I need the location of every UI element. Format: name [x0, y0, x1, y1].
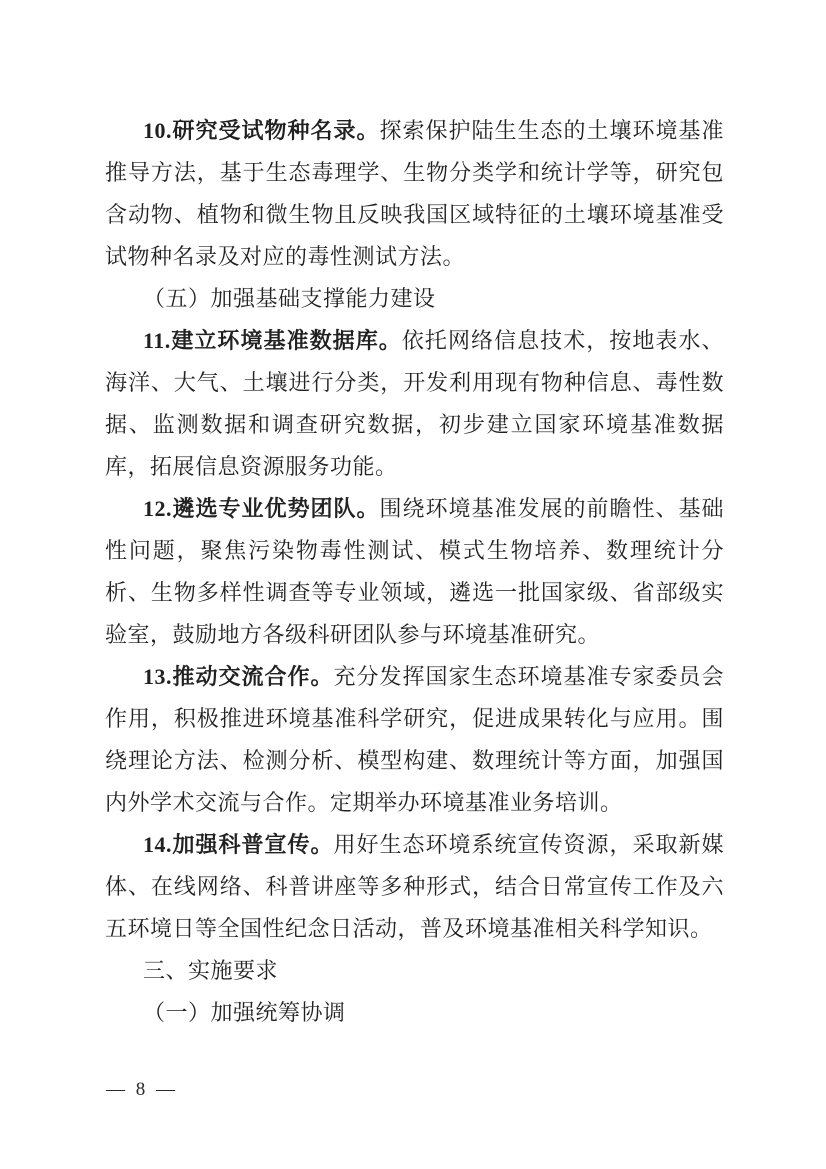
paragraph-11-lead: 11.建立环境基准数据库。: [143, 328, 402, 353]
page-number: — 8 —: [106, 1079, 178, 1101]
paragraph-13: 13.推动交流合作。充分发挥国家生态环境基准专家委员会作用，积极推进环境基准科学…: [105, 656, 724, 824]
paragraph-14-lead: 14.加强科普宣传。: [143, 832, 334, 857]
document-body: 10.研究受试物种名录。探索保护陆生生态的土壤环境基准推导方法，基于生态毒理学、…: [105, 110, 724, 1034]
paragraph-14: 14.加强科普宣传。用好生态环境系统宣传资源，采取新媒体、在线网络、科普讲座等多…: [105, 824, 724, 950]
paragraph-13-lead: 13.推动交流合作。: [143, 664, 334, 689]
paragraph-12-lead: 12.遴选专业优势团队。: [143, 496, 380, 521]
paragraph-10: 10.研究受试物种名录。探索保护陆生生态的土壤环境基准推导方法，基于生态毒理学、…: [105, 110, 724, 278]
paragraph-11: 11.建立环境基准数据库。依托网络信息技术，按地表水、海洋、大气、土壤进行分类，…: [105, 320, 724, 488]
paragraph-12: 12.遴选专业优势团队。围绕环境基准发展的前瞻性、基础性问题，聚焦污染物毒性测试…: [105, 488, 724, 656]
heading-part-3: 三、实施要求: [105, 950, 724, 992]
document-page: 10.研究受试物种名录。探索保护陆生生态的土壤环境基准推导方法，基于生态毒理学、…: [0, 0, 826, 1169]
heading-section-5: （五）加强基础支撑能力建设: [105, 278, 724, 320]
heading-section-3-1: （一）加强统筹协调: [105, 992, 724, 1034]
paragraph-10-lead: 10.研究受试物种名录。: [143, 118, 380, 143]
